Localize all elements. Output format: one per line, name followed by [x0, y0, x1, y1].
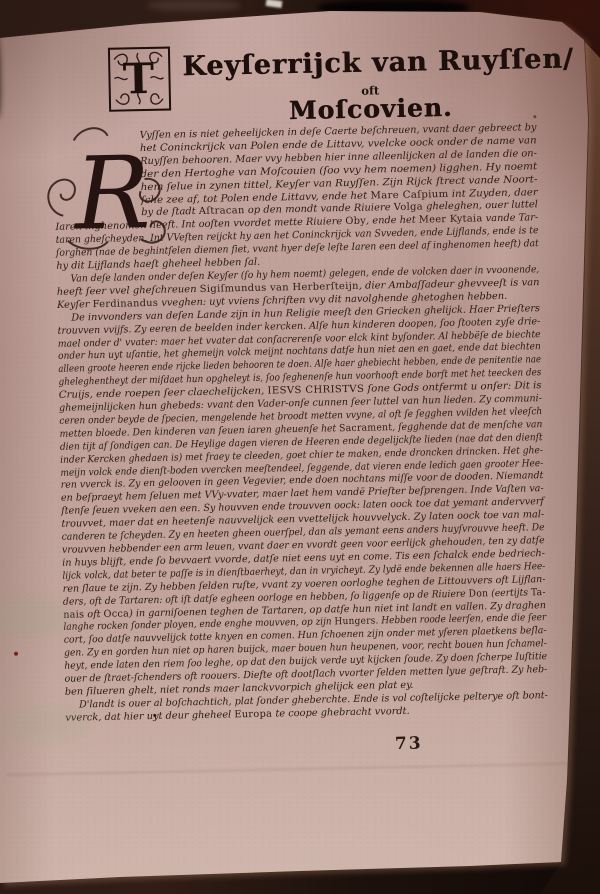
ornament-flourish-icon: T	[110, 49, 168, 109]
ornamental-initial-block: T	[108, 47, 171, 112]
page-title-line-2: Moſcovien.	[183, 91, 559, 128]
speck	[153, 714, 156, 717]
paper-crease	[6, 762, 600, 776]
book-page: T Keyſerrijck van Ruyſſen/ oft Moſcovien…	[0, 0, 600, 894]
book-photo: T Keyſerrijck van Ruyſſen/ oft Moſcovien…	[0, 0, 600, 894]
page-wrap: T Keyſerrijck van Ruyſſen/ oft Moſcovien…	[0, 0, 600, 894]
body-text: Vyſſen en is niet geheelijcken in deſe C…	[54, 122, 549, 725]
ornamental-initial-letter: T	[122, 54, 154, 104]
speck	[533, 115, 536, 118]
printed-content: T Keyſerrijck van Ruyſſen/ oft Moſcovien…	[0, 0, 600, 894]
page-number: 73	[395, 734, 423, 755]
speck	[14, 652, 18, 656]
stain	[0, 597, 69, 641]
page-title-line-1: Keyſerrijck van Ruyſſen/	[182, 44, 558, 83]
edge-shadow	[0, 34, 1, 118]
